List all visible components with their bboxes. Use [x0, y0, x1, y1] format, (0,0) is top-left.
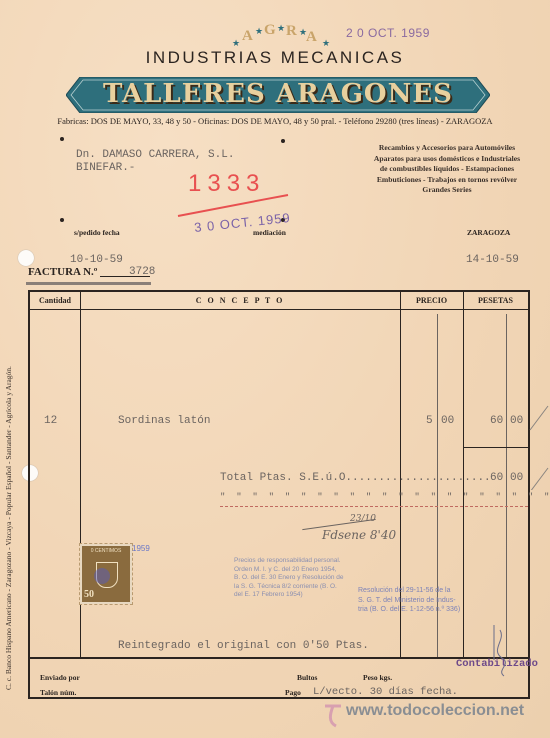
order-date: 10-10-59 [70, 254, 123, 266]
bank-references: C. c. Banco Hispano Americano - Zaragoza… [4, 290, 13, 690]
header-divider [30, 309, 528, 310]
services-description: Recambios y Accesorios para Automóviles … [352, 143, 542, 196]
agra-monogram: ★ A ★ G ★ R ★ A ★ [228, 20, 328, 50]
service-line: Embuticiones - Trabajos en tornos revólv… [352, 175, 542, 186]
dashed-rule [220, 506, 528, 507]
legal-line: Resolución del 29-11-56 de la [358, 586, 460, 596]
service-line: Recambios y Accesorios para Automóviles [352, 143, 542, 154]
row-precio-int: 5 [426, 415, 433, 427]
star-icon: ★ [277, 23, 285, 34]
service-line: Grandes Series [352, 185, 542, 196]
subtotal-divider [463, 447, 528, 448]
total-pesetas-dec: 00 [510, 472, 523, 484]
handwritten-note: Fdsene 8'40 [322, 528, 396, 542]
tax-stamp: 0 CENTIMOS 50 [80, 544, 132, 604]
row-pesetas-dec: 00 [510, 415, 523, 427]
legal-line: S. G. T. del Ministerio de Indus- [358, 596, 460, 606]
city-label: ZARAGOZA [467, 228, 510, 237]
tax-stamp-label: 0 CENTIMOS [82, 548, 130, 554]
service-line: de combustibles líquidos - Estampaciones [352, 164, 542, 175]
header-pesetas: PESETAS [463, 296, 528, 305]
talon-label: Talón núm. [40, 688, 76, 697]
total-label: Total Ptas. S.E.ú.O.....................… [220, 472, 491, 484]
tax-stamp-overstamp: 1959 [132, 544, 150, 553]
recipient-name: Dn. DAMASO CARRERA, S.L. [76, 149, 234, 162]
factura-number: 3728 [129, 266, 155, 278]
legal-note-resolution: Resolución del 29-11-56 de la S. G. T. d… [358, 586, 460, 615]
header-cantidad: Cantidad [30, 296, 80, 305]
legal-line: B. O. del E. 30 Enero y Resolución de [234, 574, 343, 583]
row-concepto: Sordinas latón [118, 415, 210, 427]
company-name: TALLERES ARAGONES [66, 79, 490, 109]
invoice-date: 14-10-59 [466, 254, 519, 266]
monogram-letter: G [264, 22, 276, 39]
registration-dot [60, 218, 64, 222]
invoice-table: Cantidad C O N C E P T O PRECIO PESETAS … [28, 290, 530, 699]
row-pesetas-int: 60 [490, 415, 503, 427]
header-concepto: C O N C E P T O [80, 296, 400, 305]
peso-label: Peso kgs. [363, 673, 392, 682]
reintegrado-note: Reintegrado el original con 0'50 Ptas. [118, 640, 369, 652]
check-marks [528, 400, 550, 490]
legal-line: Precios de responsabilidad personal. [234, 557, 343, 566]
legal-line: la S. G. Técnica 8/2 corriente (B. O. [234, 583, 343, 592]
cancel-ink-mark [94, 568, 110, 584]
pesetas-decimal-divider [506, 314, 507, 657]
legal-line: del E. 17 Febrero 1954) [234, 591, 343, 600]
todocoleccion-logo-icon [322, 700, 344, 728]
industry-title: INDUSTRIAS MECANICAS [0, 48, 550, 68]
footer-divider [30, 657, 528, 659]
signature-scribble [486, 620, 516, 680]
enviado-label: Enviado por [40, 673, 80, 682]
legal-line: tria (B. O. del E. 1-12-56 n.º 336) [358, 605, 460, 615]
factura-bar [26, 282, 151, 285]
header-precio: PRECIO [400, 296, 463, 305]
tax-stamp-value: 50 [84, 589, 94, 600]
mediacion-label: mediación [253, 228, 286, 237]
monogram-letter: A [242, 28, 253, 45]
ditto-line: " " " " " " " " " " " " " " " " " " " " … [220, 492, 549, 502]
watermark-text: www.todocoleccion.net [346, 702, 524, 720]
monogram-letter: A [306, 29, 317, 46]
row-precio-dec: 00 [441, 415, 454, 427]
received-date-stamp: 2 0 OCT. 1959 [346, 26, 430, 40]
pedido-label: s/pedido fecha [74, 228, 120, 237]
legal-line: Orden M. I. y C. del 20 Enero 1954, [234, 566, 343, 575]
total-pesetas-int: 60 [490, 472, 503, 484]
pago-value: L/vecto. 30 días fecha. [313, 686, 458, 698]
row-cantidad: 12 [44, 415, 57, 427]
bultos-label: Bultos [297, 673, 317, 682]
address-line: Fabricas: DOS DE MAYO, 33, 48 y 50 - Ofi… [0, 116, 550, 126]
company-banner: TALLERES ARAGONES [66, 77, 490, 113]
registration-dot [60, 137, 64, 141]
pago-label: Pago [285, 688, 301, 697]
legal-note-prices: Precios de responsabilidad personal. Ord… [234, 557, 343, 600]
factura-label: FACTURA N.º [28, 266, 97, 278]
punch-hole [18, 250, 34, 266]
star-icon: ★ [255, 26, 263, 37]
service-line: Aparatos para usos domésticos e Industri… [352, 154, 542, 165]
monogram-letter: R [286, 23, 297, 40]
registration-dot [281, 139, 285, 143]
